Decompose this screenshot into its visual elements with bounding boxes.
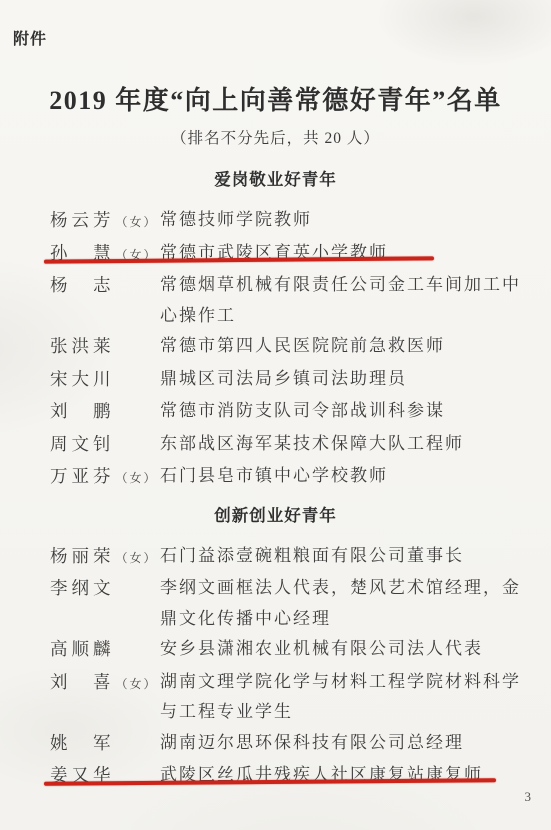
list-item: 杨 志 常德烟草机械有限责任公司金工车间加工中心操作工 — [50, 270, 525, 331]
list-item: 李纲文 李纲文画框法人代表，楚风艺术馆经理，金鼎文化传播中心经理 — [50, 573, 525, 634]
awardee-description: 常德技师学院教师 — [160, 205, 525, 236]
list-item: 杨云芳（女） 常德技师学院教师 — [50, 205, 525, 238]
gender-note: （女） — [116, 471, 158, 485]
awardee-description: 常德烟草机械有限责任公司金工车间加工中心操作工 — [160, 270, 525, 331]
awardee-name: 张洪莱 — [50, 336, 115, 356]
list-item: 张洪莱 常德市第四人民医院院前急救医师 — [50, 331, 525, 364]
list-item: 杨丽荣（女） 石门益添壹碗粗粮面有限公司董事长 — [50, 541, 525, 574]
awardee-description: 石门县皂市镇中心学校教师 — [160, 461, 525, 492]
list-item-highlighted: 姜又华 武陵区丝瓜井残疾人社区康复站康复师 — [50, 760, 525, 793]
awardee-name: 周文钊 — [50, 434, 115, 454]
awardee-name: 高顺麟 — [50, 639, 115, 659]
section-heading-innovation: 创新创业好青年 — [38, 504, 513, 528]
section-entries: 杨云芳（女） 常德技师学院教师 孙 慧（女） 常德市武陵区育英小学教师 杨 志 … — [50, 205, 525, 494]
list-item: 姚 军 湖南迈尔思环保科技有限公司总经理 — [50, 728, 525, 761]
awardee-description: 湖南文理学院化学与材料工程学院材料科学与工程专业学生 — [160, 667, 525, 728]
awardee-description: 东部战区海军某技术保障大队工程师 — [160, 429, 525, 460]
awardee-name: 刘 喜 — [50, 672, 115, 692]
scanned-document-page: 附件 2019 年度“向上向善常德好青年”名单 （排名不分先后，共 20 人） … — [0, 0, 551, 830]
gender-note: （女） — [116, 551, 158, 565]
awardee-description: 常德市武陵区育英小学教师 — [160, 238, 525, 269]
list-item: 万亚芬（女） 石门县皂市镇中心学校教师 — [50, 461, 525, 494]
awardee-description: 常德市消防支队司令部战训科参谋 — [160, 396, 525, 427]
awardee-name: 姚 军 — [50, 733, 115, 753]
awardee-description: 安乡县潇湘农业机械有限公司法人代表 — [160, 634, 525, 665]
awardee-description: 鼎城区司法局乡镇司法助理员 — [160, 364, 525, 395]
gender-note: （女） — [116, 215, 158, 229]
awardee-name: 刘 鹏 — [50, 401, 115, 421]
awardee-description: 湖南迈尔思环保科技有限公司总经理 — [160, 728, 525, 759]
awardee-name: 杨丽荣 — [50, 546, 115, 566]
awardee-name: 杨 志 — [50, 275, 115, 295]
awardee-list: 爱岗敬业好青年 杨云芳（女） 常德技师学院教师 孙 慧（女） 常德市武陵区育英小… — [50, 168, 525, 793]
awardee-description: 常德市第四人民医院院前急救医师 — [160, 331, 525, 362]
section-heading-dedication: 爱岗敬业好青年 — [38, 168, 513, 192]
page-title: 2019 年度“向上向善常德好青年”名单 — [0, 80, 551, 117]
attachment-label: 附件 — [13, 26, 47, 49]
awardee-name: 宋大川 — [50, 369, 115, 389]
list-item: 高顺麟 安乡县潇湘农业机械有限公司法人代表 — [50, 634, 525, 667]
page-number: 3 — [525, 789, 532, 805]
page-subtitle: （排名不分先后，共 20 人） — [0, 126, 551, 148]
awardee-name: 万亚芬 — [50, 466, 115, 486]
awardee-description: 武陵区丝瓜井残疾人社区康复站康复师 — [160, 760, 525, 791]
awardee-name: 杨云芳 — [50, 210, 115, 230]
list-item: 宋大川 鼎城区司法局乡镇司法助理员 — [50, 364, 525, 397]
list-item: 周文钊 东部战区海军某技术保障大队工程师 — [50, 429, 525, 462]
list-item: 刘 喜（女） 湖南文理学院化学与材料工程学院材料科学与工程专业学生 — [50, 667, 525, 728]
awardee-name: 李纲文 — [50, 578, 115, 598]
gender-note: （女） — [116, 677, 158, 691]
awardee-description: 李纲文画框法人代表，楚风艺术馆经理，金鼎文化传播中心经理 — [160, 573, 525, 634]
section-entries: 杨丽荣（女） 石门益添壹碗粗粮面有限公司董事长 李纲文 李纲文画框法人代表，楚风… — [50, 541, 525, 793]
list-item: 刘 鹏 常德市消防支队司令部战训科参谋 — [50, 396, 525, 429]
awardee-description: 石门益添壹碗粗粮面有限公司董事长 — [160, 541, 525, 572]
list-item-highlighted: 孙 慧（女） 常德市武陵区育英小学教师 — [50, 238, 525, 271]
